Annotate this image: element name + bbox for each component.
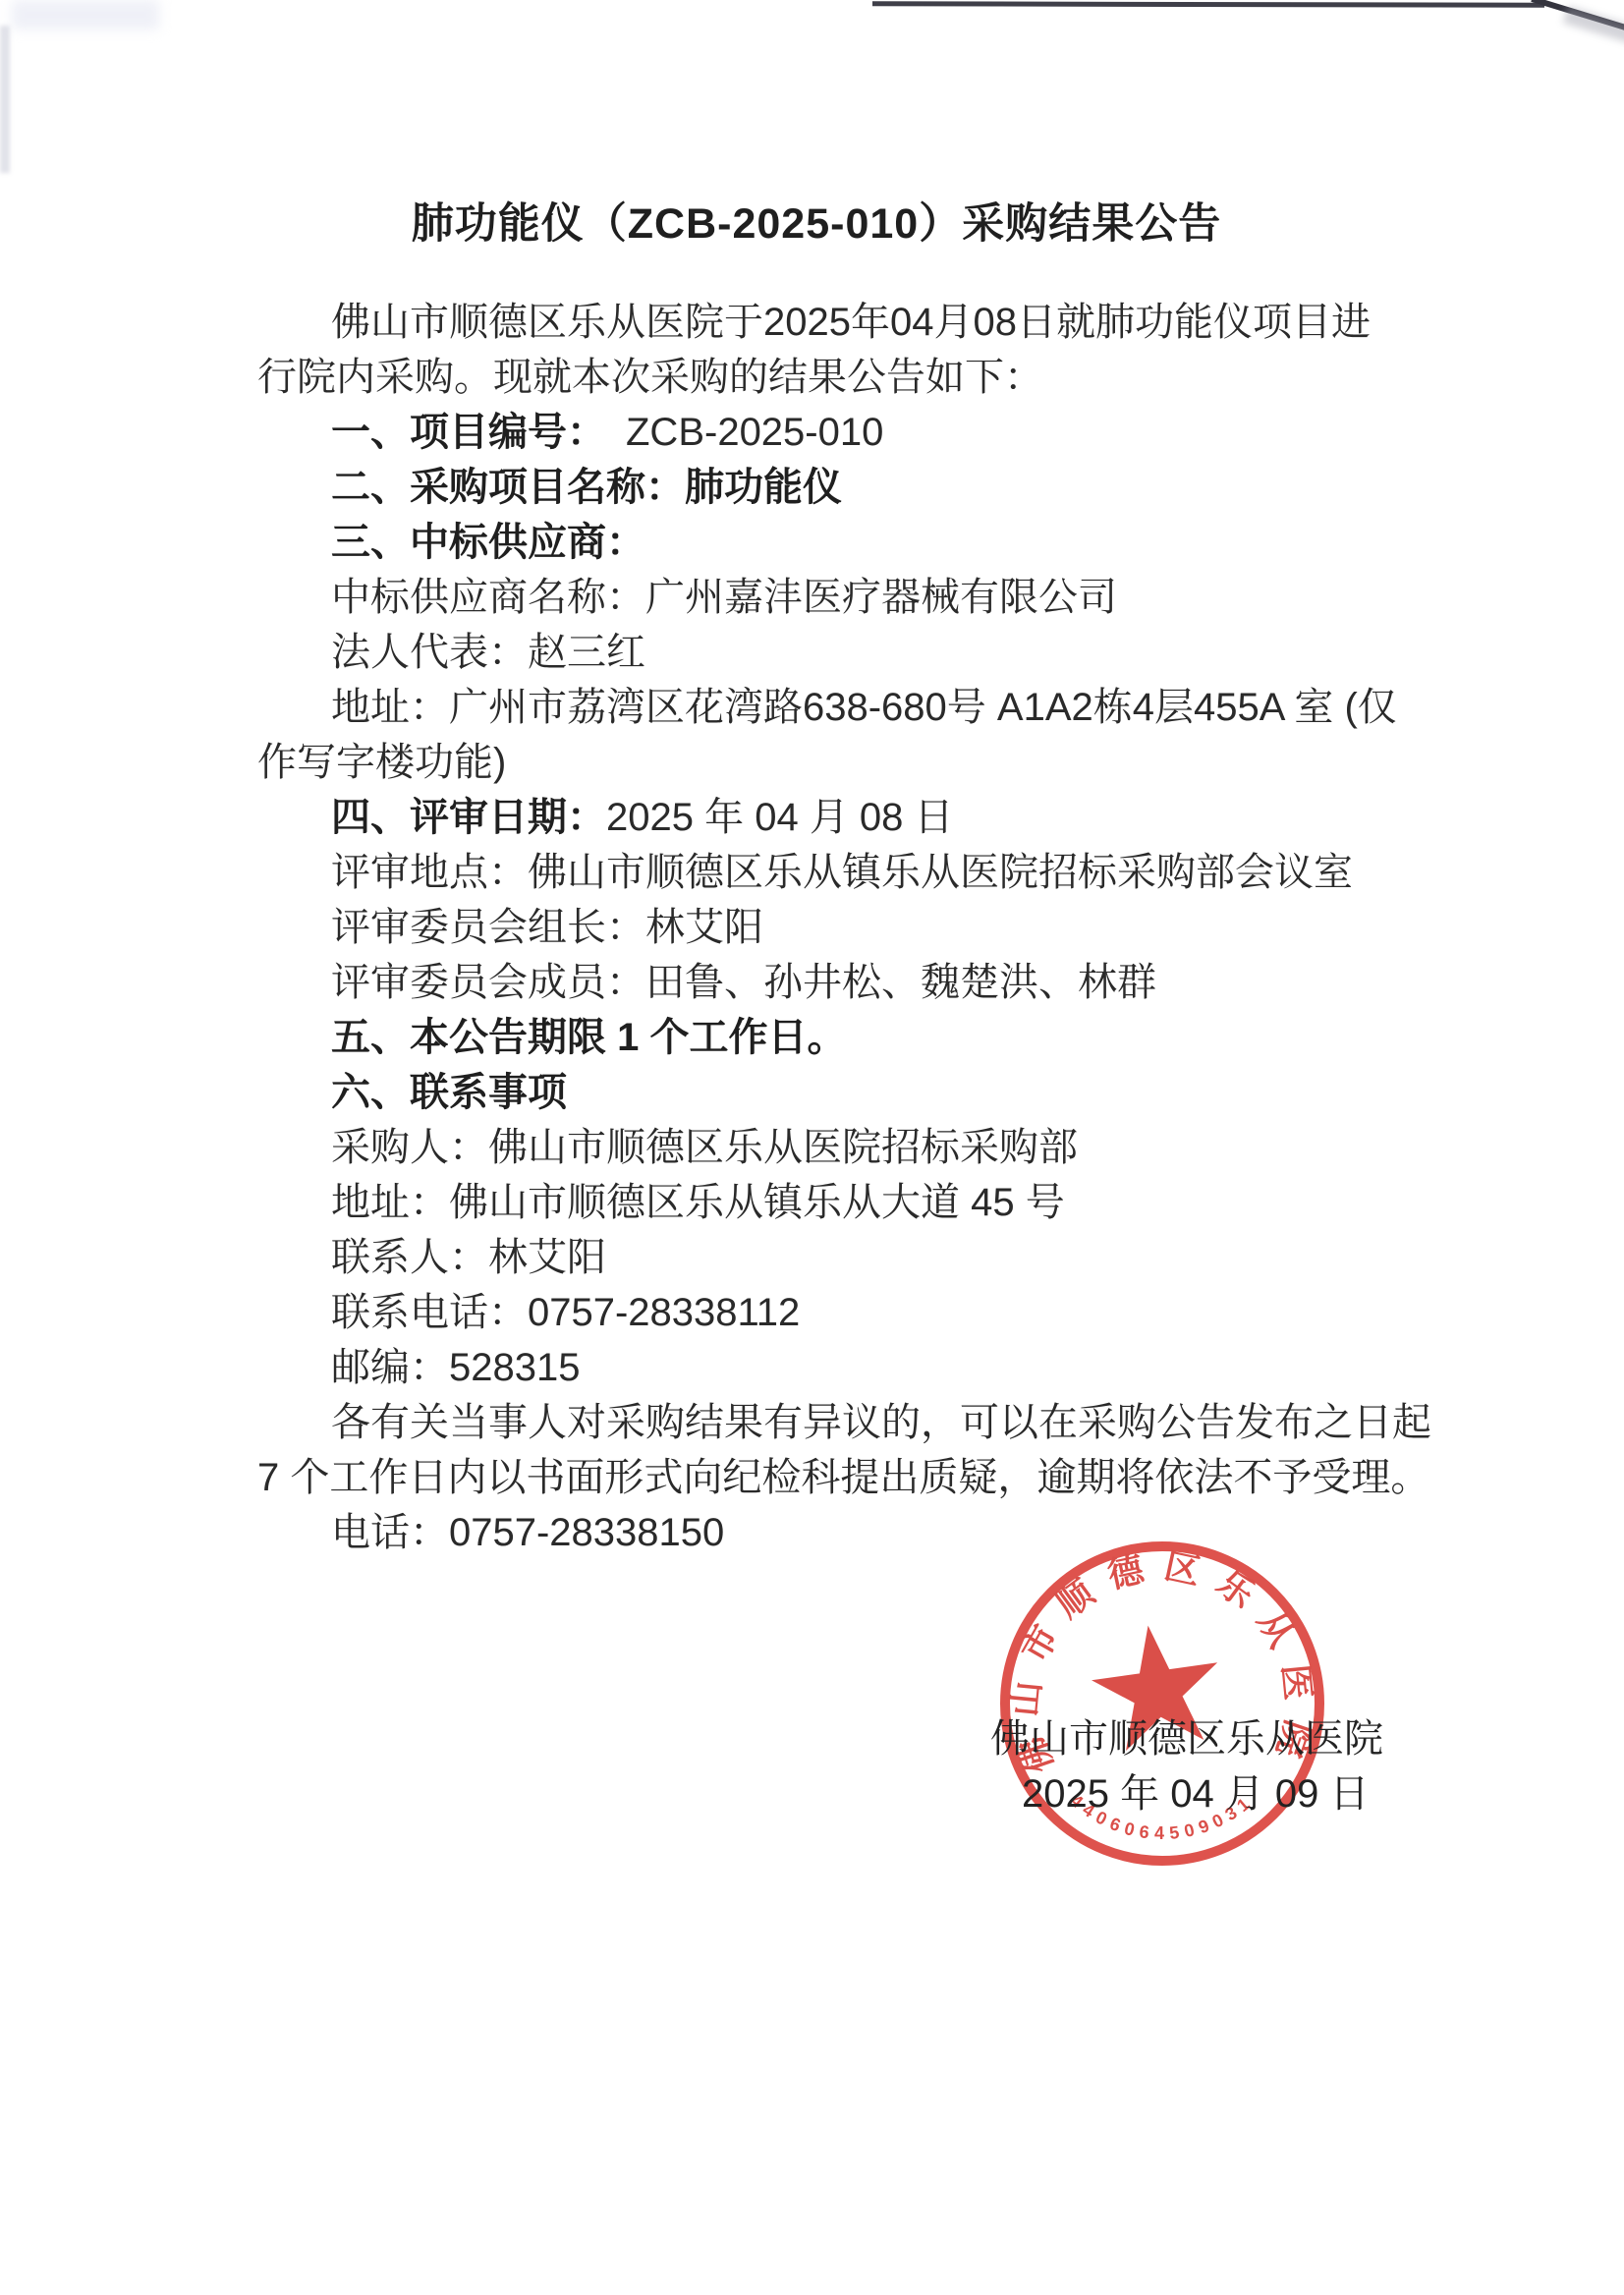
line-text: ZCB-2025-010 — [587, 411, 883, 454]
document-line: 中标供应商名称：广州嘉沣医疗器械有限公司 — [257, 570, 1387, 625]
document-line: 联系人：林艾阳 — [257, 1230, 1387, 1285]
line-text: 中标供应商名称：广州嘉沣医疗器械有限公司 — [331, 576, 1117, 619]
line-label: 四、评审日期： — [331, 796, 606, 839]
line-text: 联系人：林艾阳 — [331, 1236, 606, 1279]
scan-left-edge — [0, 26, 10, 173]
line-text: 地址：佛山市顺德区乐从镇乐从大道 45 号 — [331, 1181, 1065, 1224]
document-line: 三、中标供应商： — [257, 515, 1387, 570]
line-label: 五、本公告期限 1 个工作日。 — [331, 1016, 846, 1059]
line-label: 二、采购项目名称：肺功能仪 — [331, 466, 842, 509]
line-text: 采购人：佛山市顺德区乐从医院招标采购部 — [331, 1126, 1078, 1169]
line-text: 地址：广州市荔湾区花湾路638-680号 A1A2栋4层455A 室 (仅 — [331, 686, 1397, 729]
document-line: 地址：佛山市顺德区乐从镇乐从大道 45 号 — [257, 1175, 1387, 1230]
line-label: 一、项目编号： — [331, 411, 587, 454]
document-line: 7 个工作日内以书面形式向纪检科提出质疑，逾期将依法不予受理。 — [257, 1450, 1387, 1505]
line-text: 联系电话：0757-28338112 — [331, 1291, 800, 1334]
document-line: 作写字楼功能) — [257, 735, 1387, 790]
line-text: 行院内采购。现就本次采购的结果公告如下： — [257, 356, 1043, 399]
line-text: 评审委员会成员：田鲁、孙井松、魏楚洪、林群 — [331, 961, 1156, 1004]
document-line: 五、本公告期限 1 个工作日。 — [257, 1010, 1387, 1065]
line-label: 三、中标供应商： — [331, 521, 645, 564]
document-line: 行院内采购。现就本次采购的结果公告如下： — [257, 350, 1387, 405]
document-line: 佛山市顺德区乐从医院于2025年04月08日就肺功能仪项目进 — [257, 295, 1387, 350]
line-text: 佛山市顺德区乐从医院于2025年04月08日就肺功能仪项目进 — [331, 301, 1371, 344]
scan-edge-shadow — [1563, 6, 1624, 47]
line-text: 7 个工作日内以书面形式向纪检科提出质疑，逾期将依法不予受理。 — [257, 1456, 1429, 1499]
document-line: 一、项目编号： ZCB-2025-010 — [257, 405, 1387, 460]
document-line: 评审委员会成员：田鲁、孙井松、魏楚洪、林群 — [257, 955, 1387, 1010]
line-text: 评审委员会组长：林艾阳 — [331, 906, 763, 949]
signature-organization: 佛山市顺德区乐从医院 — [990, 1707, 1383, 1763]
line-text: 邮编：528315 — [331, 1346, 580, 1389]
document-line: 六、联系事项 — [257, 1065, 1387, 1120]
document-lines: 佛山市顺德区乐从医院于2025年04月08日就肺功能仪项目进行院内采购。现就本次… — [257, 295, 1387, 1560]
scanned-document-page: 肺功能仪（ZCB-2025-010）采购结果公告 佛山市顺德区乐从医院于2025… — [0, 0, 1624, 2295]
official-seal: 佛山市顺德区乐从医院 4406064509031 — [976, 1517, 1349, 1890]
document-line: 邮编：528315 — [257, 1340, 1387, 1395]
document-line: 二、采购项目名称：肺功能仪 — [257, 460, 1387, 515]
line-text: 电话：0757-28338150 — [331, 1511, 724, 1554]
scan-edge-line — [872, 1, 1544, 7]
document-line: 评审地点：佛山市顺德区乐从镇乐从医院招标采购部会议室 — [257, 845, 1387, 900]
line-text: 各有关当事人对采购结果有异议的，可以在采购公告发布之日起 — [331, 1401, 1431, 1444]
document-line: 采购人：佛山市顺德区乐从医院招标采购部 — [257, 1120, 1387, 1175]
line-label: 六、联系事项 — [331, 1071, 567, 1114]
document-line: 地址：广州市荔湾区花湾路638-680号 A1A2栋4层455A 室 (仅 — [257, 680, 1387, 735]
document-line: 四、评审日期：2025 年 04 月 08 日 — [257, 790, 1387, 845]
signature-date: 2025 年 04 月 09 日 — [1022, 1763, 1370, 1819]
page-title: 肺功能仪（ZCB-2025-010）采购结果公告 — [257, 191, 1375, 251]
document-line: 法人代表：赵三红 — [257, 625, 1387, 680]
document-line: 各有关当事人对采购结果有异议的，可以在采购公告发布之日起 — [257, 1395, 1387, 1450]
document-line: 联系电话：0757-28338112 — [257, 1285, 1387, 1340]
line-text: 2025 年 04 月 08 日 — [606, 796, 954, 839]
line-text: 法人代表：赵三红 — [331, 631, 645, 674]
line-text: 作写字楼功能) — [257, 741, 506, 784]
line-text: 评审地点：佛山市顺德区乐从镇乐从医院招标采购部会议室 — [331, 851, 1353, 894]
document-line: 评审委员会组长：林艾阳 — [257, 900, 1387, 955]
scan-smudge — [12, 0, 159, 29]
